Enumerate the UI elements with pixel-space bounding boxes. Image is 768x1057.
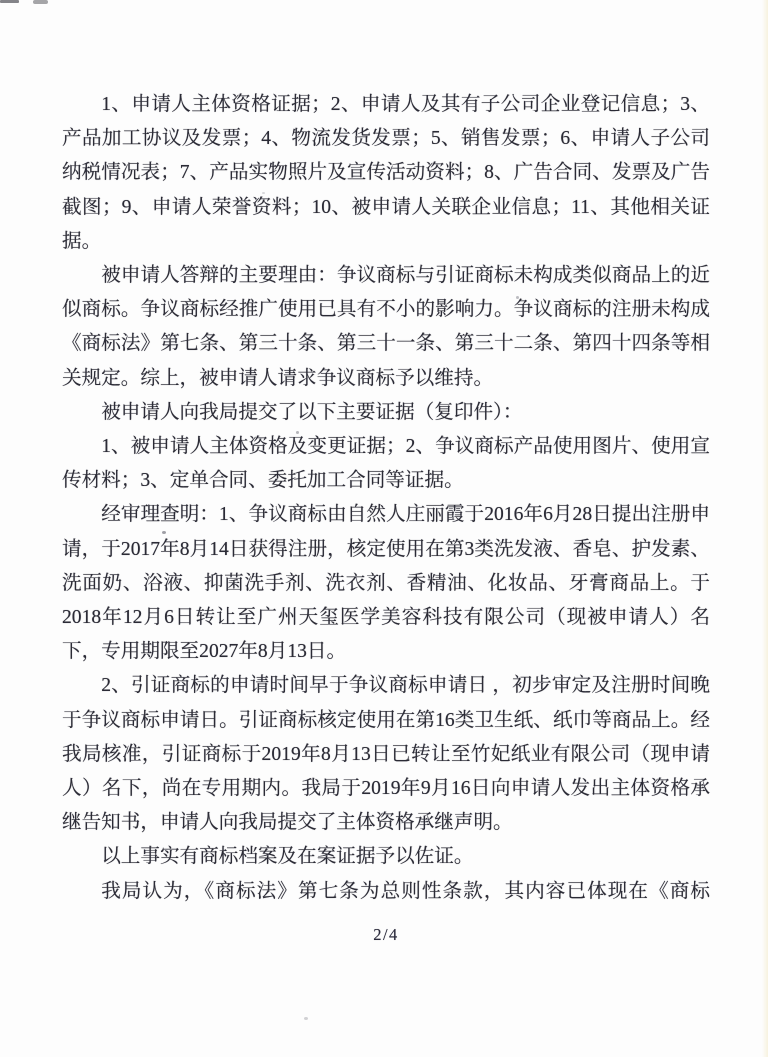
text-line: 据。 [62,225,710,259]
scan-edge-shadow [762,0,768,1057]
scan-smudge [0,0,19,3]
scan-speck [304,1017,308,1020]
paragraph-findings-disputed-mark: 经审理查明：1、争议商标由自然人庄丽霞于2016年6月28日提出注册申 请，于2… [62,498,710,669]
paragraph-facts-supported: 以上事实有商标档案及在案证据予以佐证。 [62,840,710,874]
text-line: 于争议商标申请日。引证商标核定使用在第16类卫生纸、纸巾等商品上。经 [62,704,710,738]
text-line: 被申请人向我局提交了以下主要证据（复印件）： [62,396,710,430]
text-line: 似商标。争议商标经推广使用已具有不小的影响力。争议商标的注册未构成 [62,293,710,327]
page-number: 2/4 [62,925,710,945]
text-line: 产品加工协议及发票；4、物流发货发票；5、销售发票；6、申请人子公司 [62,122,710,156]
text-line: 经审理查明：1、争议商标由自然人庄丽霞于2016年6月28日提出注册申 [62,498,710,532]
paragraph-applicant-evidence-list: 1、申请人主体资格证据；2、申请人及其有子公司企业登记信息；3、 产品加工协议及… [62,88,710,259]
text-line: 人）名下，尚在专用期内。我局于2019年9月16日向申请人发出主体资格承 [62,772,710,806]
scan-smudge [33,0,48,4]
text-line: 继告知书，申请人向我局提交了主体资格承继声明。 [62,806,710,840]
paragraph-respondent-evidence-intro: 被申请人向我局提交了以下主要证据（复印件）： [62,396,710,430]
text-line: 1、申请人主体资格证据；2、申请人及其有子公司企业登记信息；3、 [62,88,710,122]
document-body: 1、申请人主体资格证据；2、申请人及其有子公司企业登记信息；3、 产品加工协议及… [62,88,710,909]
paragraph-findings-cited-mark: 2、引证商标的申请时间早于争议商标申请日 ，初步审定及注册时间晚 于争议商标申请… [62,669,710,840]
paragraph-respondent-evidence-list: 1、被申请人主体资格及变更证据；2、争议商标产品使用图片、使用宣 传材料；3、定… [62,430,710,498]
text-line: 关规定。综上，被申请人请求争议商标予以维持。 [62,362,710,396]
text-line: 纳税情况表；7、产品实物照片及宣传活动资料；8、广告合同、发票及广告 [62,156,710,190]
text-line: 截图；9、申请人荣誉资料；10、被申请人关联企业信息；11、其他相关证 [62,191,710,225]
document-page: 1、申请人主体资格证据；2、申请人及其有子公司企业登记信息；3、 产品加工协议及… [0,0,768,1057]
text-line: 《商标法》第七条、第三十条、第三十一条、第三十二条、第四十四条等相 [62,327,710,361]
text-line: 传材料；3、定单合同、委托加工合同等证据。 [62,464,710,498]
text-line: 下，专用期限至2027年8月13日。 [62,635,710,669]
text-line: 请，于2017年8月14日获得注册，核定使用在第3类洗发液、香皂、护发素、 [62,533,710,567]
paragraph-respondent-defense: 被申请人答辩的主要理由：争议商标与引证商标未构成类似商品上的近 似商标。争议商标… [62,259,710,396]
text-line: 1、被申请人主体资格及变更证据；2、争议商标产品使用图片、使用宣 [62,430,710,464]
text-line: 我局核准，引证商标于2019年8月13日已转让至竹妃纸业有限公司（现申请 [62,738,710,772]
text-line: 被申请人答辩的主要理由：争议商标与引证商标未构成类似商品上的近 [62,259,710,293]
text-line: 我局认为，《商标法》第七条为总则性条款，其内容已体现在《商标 [62,875,710,909]
paragraph-opinion-start: 我局认为，《商标法》第七条为总则性条款，其内容已体现在《商标 [62,875,710,909]
text-line: 2、引证商标的申请时间早于争议商标申请日 ，初步审定及注册时间晚 [62,669,710,703]
text-line: 2018年12月6日转让至广州天玺医学美容科技有限公司（现被申请人）名 [62,601,710,635]
text-line: 洗面奶、浴液、抑菌洗手剂、洗衣剂、香精油、化妆品、牙膏商品上。于 [62,567,710,601]
text-line: 以上事实有商标档案及在案证据予以佐证。 [62,840,710,874]
